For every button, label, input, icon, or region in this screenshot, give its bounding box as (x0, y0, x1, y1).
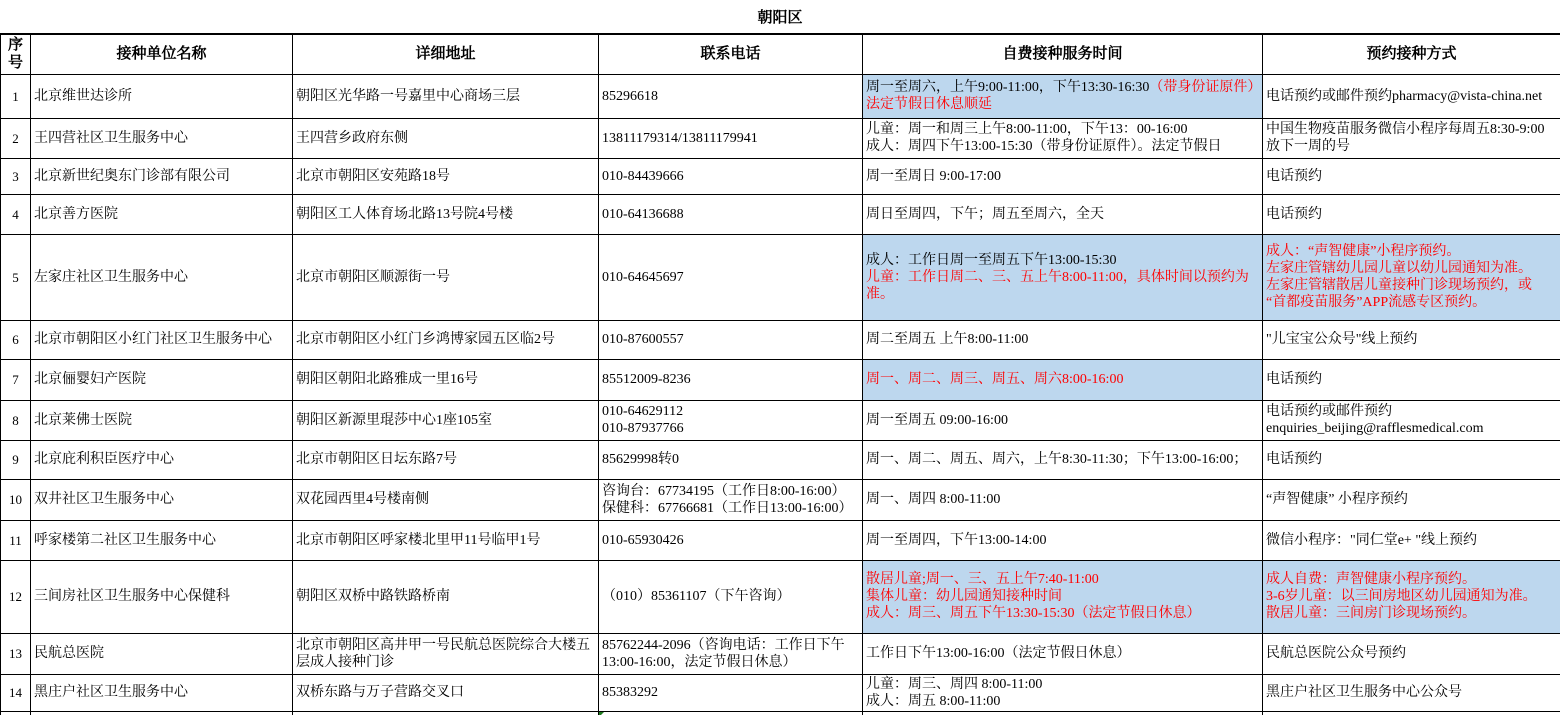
phone-cell: 85512009-8236 (599, 359, 863, 400)
row-number: 9 (1, 440, 31, 479)
row-number: 12 (1, 560, 31, 633)
address-cell: 朝阳区朝阳北路雅成一里16号 (293, 359, 599, 400)
table-row: 14黑庄户社区卫生服务中心双桥东路与万子营路交叉口85383292儿童：周三、周… (1, 674, 1560, 711)
booking-method-cell: 电话预约 (1263, 359, 1560, 400)
service-time-cell: 周一、周四 8:00-11:00 (863, 479, 1263, 520)
header-row: 序号 接种单位名称 详细地址 联系电话 自费接种服务时间 预约接种方式 (1, 34, 1560, 74)
table-row: 13民航总医院北京市朝阳区高井甲一号民航总医院综合大楼五层成人接种门诊85762… (1, 633, 1560, 674)
address-cell: 北京市朝阳区安苑路18号 (293, 158, 599, 194)
phone-cell: 010-64136688 (599, 194, 863, 234)
address-cell: 北京市朝阳区日坛东路7号 (293, 440, 599, 479)
table-row: 5左家庄社区卫生服务中心北京市朝阳区顺源街一号010-64645697成人：工作… (1, 234, 1560, 320)
address-cell: 北京市朝阳区小红门乡鸿博家园五区临2号 (293, 320, 599, 359)
address-cell: 北京市朝阳区高井甲一号民航总医院综合大楼五层成人接种门诊 (293, 633, 599, 674)
partial-cell (599, 711, 863, 715)
unit-name-cell: 北京善方医院 (31, 194, 293, 234)
booking-method-cell: "儿宝宝公众号"线上预约 (1263, 320, 1560, 359)
cell-corner-flag-icon (599, 712, 604, 715)
row-number: 7 (1, 359, 31, 400)
unit-name-cell: 双井社区卫生服务中心 (31, 479, 293, 520)
partial-cell (31, 711, 293, 715)
booking-method-cell: 民航总医院公众号预约 (1263, 633, 1560, 674)
table-row: 10双井社区卫生服务中心双花园西里4号楼南侧咨询台：67734195（工作日8:… (1, 479, 1560, 520)
unit-name-cell: 王四营社区卫生服务中心 (31, 118, 293, 158)
row-number: 13 (1, 633, 31, 674)
service-time-cell: 散居儿童;周一、三、五上午7:40-11:00集体儿童：幼儿园通知接种时间成人：… (863, 560, 1263, 633)
address-cell: 双花园西里4号楼南侧 (293, 479, 599, 520)
table-row: 9北京庇利积臣医疗中心北京市朝阳区日坛东路7号85629998转0周一、周二、周… (1, 440, 1560, 479)
partial-cell (293, 711, 599, 715)
row-number: 10 (1, 479, 31, 520)
address-cell: 双桥东路与万子营路交叉口 (293, 674, 599, 711)
phone-cell: 010-65930426 (599, 520, 863, 560)
unit-name-cell: 北京新世纪奥东门诊部有限公司 (31, 158, 293, 194)
service-time-cell: 周一至周四，下午13:00-14:00 (863, 520, 1263, 560)
phone-cell: 010-87600557 (599, 320, 863, 359)
unit-name-cell: 北京俪婴妇产医院 (31, 359, 293, 400)
table-row: 7北京俪婴妇产医院朝阳区朝阳北路雅成一里16号85512009-8236周一、周… (1, 359, 1560, 400)
address-cell: 朝阳区光华路一号嘉里中心商场三层 (293, 74, 599, 118)
service-time-cell: 工作日下午13:00-16:00（法定节假日休息） (863, 633, 1263, 674)
row-number: 14 (1, 674, 31, 711)
column-header-address: 详细地址 (293, 34, 599, 74)
service-time-cell: 周日至周四，下午；周五至周六，全天 (863, 194, 1263, 234)
phone-cell: （010）85361107（下午咨询） (599, 560, 863, 633)
table-row: 11呼家楼第二社区卫生服务中心北京市朝阳区呼家楼北里甲11号临甲1号010-65… (1, 520, 1560, 560)
phone-cell: 85383292 (599, 674, 863, 711)
service-time-cell: 周一至周六，上午9:00-11:00，下午13:30-16:30（带身份证原件）… (863, 74, 1263, 118)
phone-cell: 010-64645697 (599, 234, 863, 320)
unit-name-cell: 三间房社区卫生服务中心保健科 (31, 560, 293, 633)
partial-cell (863, 711, 1263, 715)
column-header-no: 序号 (1, 34, 31, 74)
service-time-cell: 周一、周二、周三、周五、周六8:00-16:00 (863, 359, 1263, 400)
unit-name-cell: 民航总医院 (31, 633, 293, 674)
service-time-cell: 儿童：周三、周四 8:00-11:00成人：周五 8:00-11:00 (863, 674, 1263, 711)
phone-cell: 13811179314/13811179941 (599, 118, 863, 158)
booking-method-cell: 电话预约或邮件预约enquiries_beijing@rafflesmedica… (1263, 400, 1560, 440)
row-number: 4 (1, 194, 31, 234)
row-number: 3 (1, 158, 31, 194)
partial-cell (1263, 711, 1560, 715)
service-time-cell: 周二至周五 上午8:00-11:00 (863, 320, 1263, 359)
service-time-cell: 成人：工作日周一至周五下午13:00-15:30儿童：工作日周二、三、五上午8:… (863, 234, 1263, 320)
service-time-cell: 周一至周五 09:00-16:00 (863, 400, 1263, 440)
booking-method-cell: 电话预约 (1263, 158, 1560, 194)
address-cell: 北京市朝阳区顺源街一号 (293, 234, 599, 320)
unit-name-cell: 北京市朝阳区小红门社区卫生服务中心 (31, 320, 293, 359)
phone-cell: 010-84439666 (599, 158, 863, 194)
table-row: 12三间房社区卫生服务中心保健科朝阳区双桥中路铁路桥南（010）85361107… (1, 560, 1560, 633)
column-header-phone: 联系电话 (599, 34, 863, 74)
table-body: 1北京维世达诊所朝阳区光华路一号嘉里中心商场三层85296618周一至周六，上午… (1, 74, 1560, 715)
unit-name-cell: 北京莱佛士医院 (31, 400, 293, 440)
table-row: 6北京市朝阳区小红门社区卫生服务中心北京市朝阳区小红门乡鸿博家园五区临2号010… (1, 320, 1560, 359)
unit-name-cell: 北京维世达诊所 (31, 74, 293, 118)
unit-name-cell: 黑庄户社区卫生服务中心 (31, 674, 293, 711)
row-number: 6 (1, 320, 31, 359)
table-row: 4北京善方医院朝阳区工人体育场北路13号院4号楼010-64136688周日至周… (1, 194, 1560, 234)
table-row: 2王四营社区卫生服务中心王四营乡政府东侧13811179314/13811179… (1, 118, 1560, 158)
booking-method-cell: 微信小程序："同仁堂e+ "线上预约 (1263, 520, 1560, 560)
phone-cell: 85629998转0 (599, 440, 863, 479)
service-time-cell: 周一至周日 9:00-17:00 (863, 158, 1263, 194)
row-number: 5 (1, 234, 31, 320)
address-cell: 王四营乡政府东侧 (293, 118, 599, 158)
district-title: 朝阳区 (0, 0, 1560, 33)
row-number: 8 (1, 400, 31, 440)
unit-name-cell: 呼家楼第二社区卫生服务中心 (31, 520, 293, 560)
unit-name-cell: 北京庇利积臣医疗中心 (31, 440, 293, 479)
column-header-service-time: 自费接种服务时间 (863, 34, 1263, 74)
booking-method-cell: 中国生物疫苗服务微信小程序每周五8:30-9:00放下一周的号 (1263, 118, 1560, 158)
partial-cell (1, 711, 31, 715)
row-number: 2 (1, 118, 31, 158)
phone-cell: 85296618 (599, 74, 863, 118)
booking-method-cell: 电话预约 (1263, 194, 1560, 234)
row-number: 11 (1, 520, 31, 560)
unit-name-cell: 左家庄社区卫生服务中心 (31, 234, 293, 320)
column-header-booking-method: 预约接种方式 (1263, 34, 1560, 74)
address-cell: 朝阳区双桥中路铁路桥南 (293, 560, 599, 633)
table-row: 3北京新世纪奥东门诊部有限公司北京市朝阳区安苑路18号010-84439666周… (1, 158, 1560, 194)
address-cell: 朝阳区新源里琨莎中心1座105室 (293, 400, 599, 440)
address-cell: 朝阳区工人体育场北路13号院4号楼 (293, 194, 599, 234)
phone-cell: 010-64629112010-87937766 (599, 400, 863, 440)
table-row: 1北京维世达诊所朝阳区光华路一号嘉里中心商场三层85296618周一至周六，上午… (1, 74, 1560, 118)
phone-cell: 咨询台：67734195（工作日8:00-16:00）保健科：67766681（… (599, 479, 863, 520)
service-time-cell: 儿童：周一和周三上午8:00-11:00，下午13：00-16:00成人：周四下… (863, 118, 1263, 158)
booking-method-cell: 成人：“声智健康”小程序预约。左家庄管辖幼儿园儿童以幼儿园通知为准。左家庄管辖散… (1263, 234, 1560, 320)
booking-method-cell: 黑庄户社区卫生服务中心公众号 (1263, 674, 1560, 711)
booking-method-cell: 电话预约或邮件预约pharmacy@vista-china.net (1263, 74, 1560, 118)
table-row: 8北京莱佛士医院朝阳区新源里琨莎中心1座105室010-64629112010-… (1, 400, 1560, 440)
vaccination-sites-table: 序号 接种单位名称 详细地址 联系电话 自费接种服务时间 预约接种方式 1北京维… (0, 33, 1560, 715)
column-header-unit-name: 接种单位名称 (31, 34, 293, 74)
service-time-cell: 周一、周二、周五、周六，上午8:30-11:30；下午13:00-16:00； (863, 440, 1263, 479)
booking-method-cell: “声智健康” 小程序预约 (1263, 479, 1560, 520)
booking-method-cell: 电话预约 (1263, 440, 1560, 479)
phone-cell: 85762244-2096（咨询电话：工作日下午13:00-16:00，法定节假… (599, 633, 863, 674)
address-cell: 北京市朝阳区呼家楼北里甲11号临甲1号 (293, 520, 599, 560)
booking-method-cell: 成人自费：声智健康小程序预约。3-6岁儿童：以三间房地区幼儿园通知为准。散居儿童… (1263, 560, 1560, 633)
partial-next-row (1, 711, 1560, 715)
row-number: 1 (1, 74, 31, 118)
